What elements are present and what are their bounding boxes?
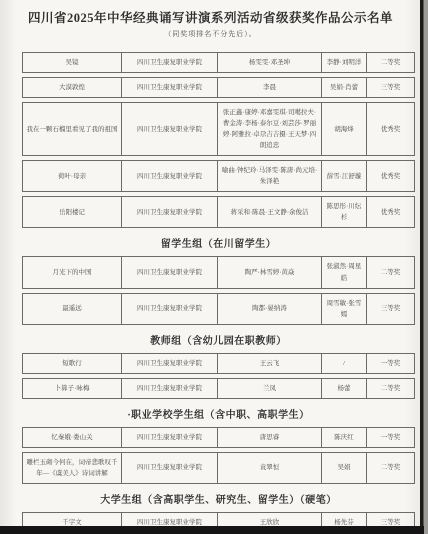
award-cell: 二等奖 <box>367 53 414 72</box>
school-cell: 四川卫生康复职业学院 <box>122 197 218 227</box>
authors-cell: 陶都·晏纳涛 <box>218 294 322 324</box>
award-cell: 一等奖 <box>367 354 414 373</box>
table-row: 千字文四川卫生康复职业学院王欣欣杨先芬三等奖 <box>22 512 415 527</box>
award-cell: 二等奖 <box>367 379 414 398</box>
teachers-cell: 薛雪·江舒璇 <box>322 161 367 191</box>
award-cell: 二等奖 <box>367 257 414 287</box>
school-cell: 四川卫生康复职业学院 <box>122 53 218 72</box>
table-row: 岳阳楼记四川卫生康复职业学院蒋采和·陈晨·王文静·余俊洁陈思彤·川纭杉优秀奖 <box>22 196 415 228</box>
teachers-cell: 胡海烽 <box>322 103 367 155</box>
award-cell: 三等奖 <box>367 78 414 97</box>
section-heading: 教师组（含幼儿园在职教师） <box>22 332 415 347</box>
teachers-cell: 周雪敏·张雪嫣 <box>322 294 367 324</box>
scanned-document: { "page": { "title": "四川省2025年中华经典诵写讲演系列… <box>0 0 428 534</box>
table-row: 短歌行四川卫生康复职业学院王云飞/一等奖 <box>22 353 415 374</box>
authors-cell: 张正鑫·康婷·邓嘉雯琪·司噶拉夫·曹金涛·李杨·泰尔豆·刘芸莎·罗丽婷·阿雅拉·… <box>218 103 322 155</box>
work-title-cell: 雕栏玉砌今何在，词帝悲歌叹千年—《虞美人》诗词讲解 <box>23 453 122 483</box>
award-cell: 优秀奖 <box>367 103 414 155</box>
school-cell: 四川卫生康复职业学院 <box>122 294 218 324</box>
authors-cell: 杨雯雯·邓圣坤 <box>218 53 322 72</box>
school-cell: 四川卫生康复职业学院 <box>122 78 218 97</box>
scan-edge-bottom <box>0 526 424 534</box>
table-row: 月光下的中国四川卫生康复职业学院陶严·林雪婷·黄焱张淑然·周星皓二等奖 <box>22 256 415 288</box>
authors-cell: 袁翠恒 <box>218 453 322 483</box>
teachers-cell: / <box>322 354 367 373</box>
teachers-cell: 吴娟 <box>322 453 367 483</box>
table-row: 吴镜四川卫生康复职业学院杨雯雯·邓圣坤李静·刘明洋二等奖 <box>22 52 415 73</box>
teachers-cell: 张淑然·周星皓 <box>322 257 367 287</box>
section-heading: ·职业学校学生组（含中职、高职学生） <box>22 406 415 421</box>
table-row: 雕栏玉砌今何在，词帝悲歌叹千年—《虞美人》诗词讲解四川卫生康复职业学院袁翠恒吴娟… <box>22 452 415 484</box>
work-title-cell: 我在一颗石榴里看见了我的祖国 <box>23 103 122 155</box>
table-row: 最遥远四川卫生康复职业学院陶都·晏纳涛周雪敏·张雪嫣三等奖 <box>22 293 415 325</box>
document-subtitle: （同奖项排名不分先后）。 <box>0 29 421 39</box>
document-page: 四川省2025年中华经典诵写讲演系列活动省级获奖作品公示名单 （同奖项排名不分先… <box>0 0 421 527</box>
scan-edge-right <box>420 0 428 534</box>
table-row: 荷叶·母亲四川卫生康复职业学院喻曲·钟纪玲·马泽雯·陈唐·尚元培·朱泽艳薛雪·江… <box>22 160 415 192</box>
school-cell: 四川卫生康复职业学院 <box>122 513 218 527</box>
teachers-cell: 杨蕾 <box>322 379 367 398</box>
work-title-cell: 岳阳楼记 <box>23 197 122 227</box>
award-cell: 优秀奖 <box>367 197 414 227</box>
work-title-cell: 吴镜 <box>23 53 122 72</box>
teachers-cell: 陈庆红 <box>322 428 367 447</box>
teachers-cell: 陈思彤·川纭杉 <box>322 197 367 227</box>
authors-cell: 兰凤 <box>218 379 322 398</box>
work-title-cell: 荷叶·母亲 <box>23 161 122 191</box>
school-cell: 四川卫生康复职业学院 <box>122 161 218 191</box>
school-cell: 四川卫生康复职业学院 <box>122 257 218 287</box>
award-cell: 一等奖 <box>367 428 414 447</box>
school-cell: 四川卫生康复职业学院 <box>122 379 218 398</box>
award-cell: 二等奖 <box>367 453 414 483</box>
authors-cell: 喻曲·钟纪玲·马泽雯·陈唐·尚元培·朱泽艳 <box>218 161 322 191</box>
authors-cell: 王欣欣 <box>218 513 322 527</box>
teachers-cell: 吴娟·肖蕾 <box>322 78 367 97</box>
authors-cell: 唐思睿 <box>218 428 322 447</box>
authors-cell: 李晨 <box>218 78 322 97</box>
awards-table: 吴镜四川卫生康复职业学院杨雯雯·邓圣坤李静·刘明洋二等奖大漠敦煌四川卫生康复职业… <box>22 52 415 527</box>
authors-cell: 陶严·林雪婷·黄焱 <box>218 257 322 287</box>
table-row: 我在一颗石榴里看见了我的祖国四川卫生康复职业学院张正鑫·康婷·邓嘉雯琪·司噶拉夫… <box>22 102 415 156</box>
table-row: 大漠敦煌四川卫生康复职业学院李晨吴娟·肖蕾三等奖 <box>22 77 415 98</box>
school-cell: 四川卫生康复职业学院 <box>122 103 218 155</box>
section-heading: 大学生组（含高职学生、研究生、留学生）（硬笔） <box>22 491 415 506</box>
school-cell: 四川卫生康复职业学院 <box>122 354 218 373</box>
work-title-cell: 月光下的中国 <box>23 257 122 287</box>
work-title-cell: 千字文 <box>23 513 122 527</box>
work-title-cell: 忆秦娥·娄山关 <box>23 428 122 447</box>
work-title-cell: 短歌行 <box>23 354 122 373</box>
table-row: 忆秦娥·娄山关四川卫生康复职业学院唐思睿陈庆红一等奖 <box>22 427 415 448</box>
document-title: 四川省2025年中华经典诵写讲演系列活动省级获奖作品公示名单 <box>18 8 403 26</box>
teachers-cell: 杨先芬 <box>322 513 367 527</box>
authors-cell: 蒋采和·陈晨·王文静·余俊洁 <box>218 197 322 227</box>
section-heading: 留学生组（在川留学生） <box>22 235 415 250</box>
work-title-cell: 大漠敦煌 <box>23 78 122 97</box>
teachers-cell: 李静·刘明洋 <box>322 53 367 72</box>
table-row: 卜算子·咏梅四川卫生康复职业学院兰凤杨蕾二等奖 <box>22 378 415 399</box>
award-cell: 三等奖 <box>367 513 414 527</box>
work-title-cell: 最遥远 <box>23 294 122 324</box>
work-title-cell: 卜算子·咏梅 <box>23 379 122 398</box>
authors-cell: 王云飞 <box>218 354 322 373</box>
award-cell: 三等奖 <box>367 294 414 324</box>
award-cell: 优秀奖 <box>367 161 414 191</box>
school-cell: 四川卫生康复职业学院 <box>122 428 218 447</box>
school-cell: 四川卫生康复职业学院 <box>122 453 218 483</box>
